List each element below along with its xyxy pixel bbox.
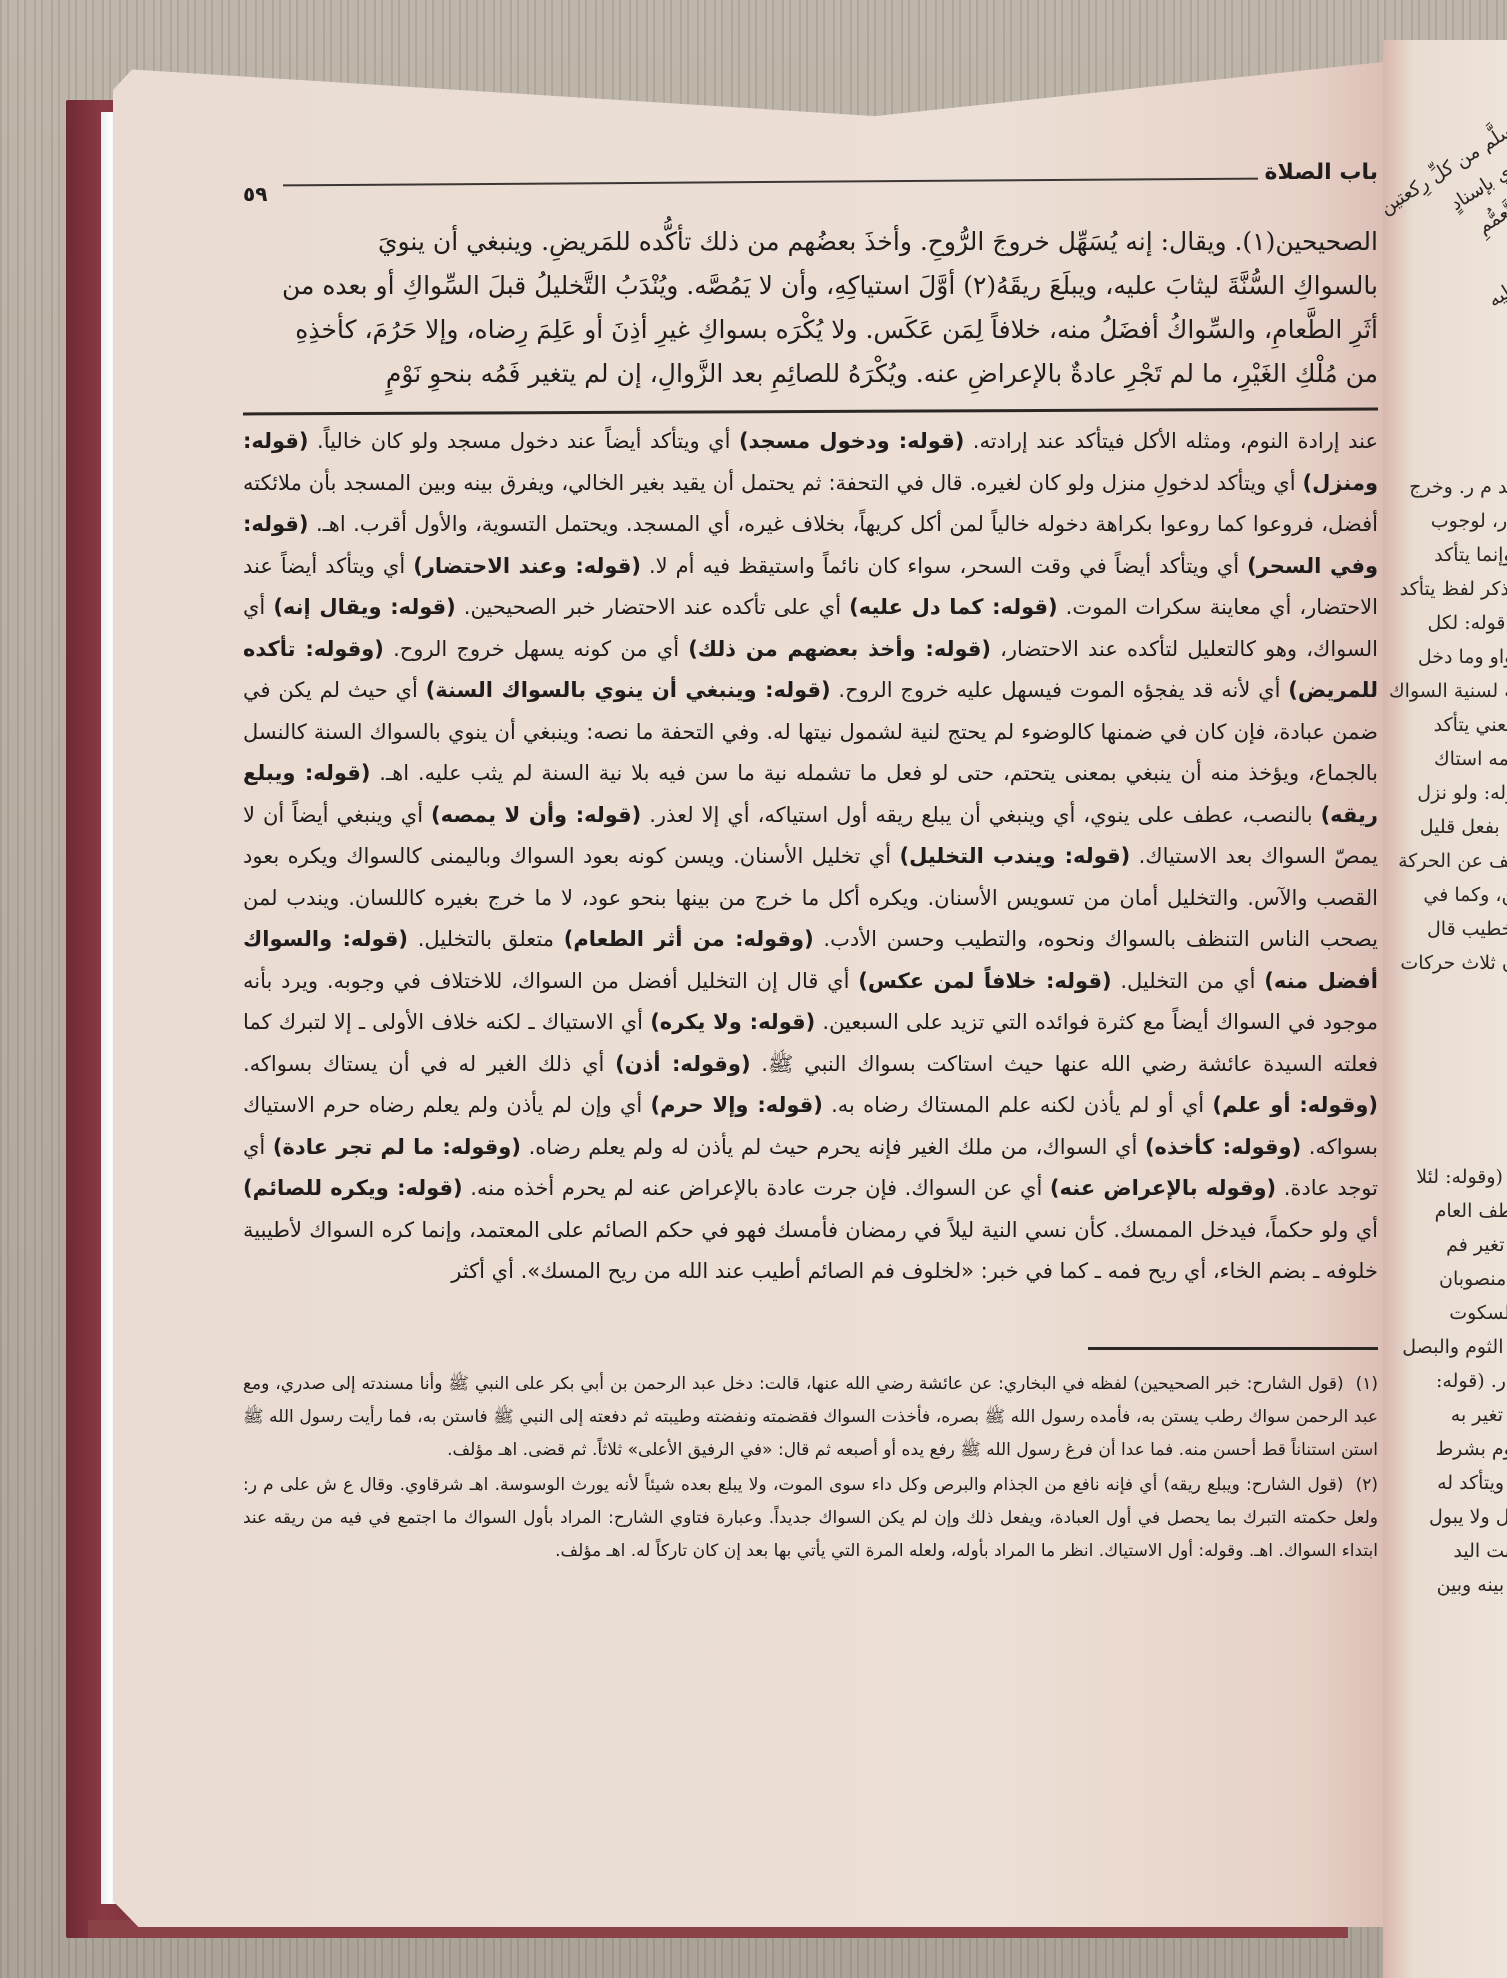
- facing-page-mid-fragments: عند م ر. وخرجم ر، لوجوب: وإنما يتأكده ذك…: [1397, 470, 1507, 980]
- footnote-number: (٢): [1356, 1475, 1378, 1495]
- commentary-text: أي على تأكده عند الاحتضار خبر الصحيحين.: [456, 595, 849, 619]
- commentary-text: أي من التخليل.: [1112, 969, 1265, 993]
- facing-page-fragment: به الثوم والبصل: [1397, 1330, 1507, 1364]
- commentary-lemma: (قوله: ودخول مسجد): [739, 429, 964, 453]
- footnote-number: (١): [1356, 1374, 1378, 1394]
- commentary-lemma: (قوله: ولا يكره): [650, 1010, 815, 1034]
- facing-page-fragment: لفمه استاك: [1397, 742, 1507, 776]
- commentary-text: أي ذلك الغير له في أن يستاك بسواكه.: [243, 1052, 615, 1076]
- commentary-lemma: (وقوله: كأخذه): [1145, 1135, 1301, 1159]
- facing-page-fragment: لنوم بشرط: [1397, 1432, 1507, 1466]
- facing-page-fragment: : وإنما يتأكد: [1397, 538, 1507, 572]
- commentary-text: أي ويتأكد أيضاً في وقت السحر، سواء كان ن…: [641, 554, 1247, 578]
- commentary-text: أي ويتأكد لدخولِ منزل ولو كان لغيره. قال…: [243, 471, 1378, 537]
- facing-page-fragment: اية لسنية السواك: [1397, 674, 1507, 708]
- commentary-lemma: (قوله: ويقال إنه): [273, 595, 455, 619]
- facing-page-fragment: الواو وما دخل: [1397, 640, 1507, 674]
- commentary-text: أي عن السواك. فإن جرت عادة بالإعراض عنه …: [463, 1176, 1050, 1200]
- commentary-lemma: (قوله: وأخذ بعضهم من ذلك): [688, 637, 991, 661]
- facing-page-fragment: أو تغير فم: [1397, 1228, 1507, 1262]
- facing-page-fragment: قدر. (قوله:: [1397, 1364, 1507, 1398]
- footnote-text: (قول الشارح: ويبلع ريقه) أي فإنه نافع من…: [243, 1475, 1378, 1561]
- page-content: باب الصلاة ٥٩ الصحيحين(١). ويقال: إنه يُ…: [243, 160, 1378, 1570]
- footnote-text: (قول الشارح: خبر الصحيحين) لفظه في البخا…: [243, 1374, 1378, 1460]
- main-text-line: بالسواكِ السُّنَّةَ ليثابَ عليه، ويبلَعَ…: [243, 264, 1378, 308]
- commentary-text: أي لأنه قد يفجؤه الموت فيسهل عليه خروج ا…: [831, 678, 1289, 702]
- commentary-lemma: (قوله: وينبغي أن ينوي بالسواك السنة): [426, 678, 831, 702]
- facing-page-fragment: ة. (وقوله: لئلا: [1397, 1160, 1507, 1194]
- commentary-lemma: (قوله: ويكره للصائم): [243, 1176, 463, 1200]
- facing-page-fragment: كه بفعل قليل: [1397, 810, 1507, 844]
- facing-page-low-fragments: ة. (وقوله: لئلاعطف العامأو تغير فماً) من…: [1397, 1160, 1507, 1602]
- facing-page-fragment: عند م ر. وخرج: [1397, 470, 1507, 504]
- facing-page-fragment: ه ذكر لفظ يتأكد: [1397, 572, 1507, 606]
- commentary-text: أي من كونه يسهل خروج الروح.: [384, 637, 688, 661]
- footnote-1: (١) (قول الشارح: خبر الصحيحين) لفظه في ا…: [243, 1368, 1378, 1467]
- footnote-rule: [1088, 1347, 1378, 1350]
- commentary-lemma: (قوله: خلافاً لمن عكس): [858, 969, 1111, 993]
- main-text: الصحيحين(١). ويقال: إنه يُسَهِّل خروجَ ا…: [243, 220, 1378, 396]
- commentary-text: أي ولو حكماً، فيدخل الممسك. كأن نسي الني…: [243, 1218, 1378, 1284]
- commentary-paragraph: عند إرادة النوم، ومثله الأكل فيتأكد عند …: [243, 421, 1378, 1293]
- commentary-lemma: (وقوله: أو علم): [1212, 1093, 1378, 1117]
- facing-page-fragment: بقل ولا يبول: [1397, 1500, 1507, 1534]
- commentary-lemma: (وقوله: أذن): [615, 1052, 750, 1076]
- header-rule: [283, 178, 1258, 187]
- page-number: ٥٩: [243, 182, 267, 206]
- chapter-title: باب الصلاة: [1265, 160, 1378, 185]
- footnote-2: (٢) (قول الشارح: ويبلع ريقه) أي فإنه ناف…: [243, 1469, 1378, 1568]
- facing-page-fragment: ق بينه وبين: [1397, 1568, 1507, 1602]
- facing-page-fragment: كن، وكما في: [1397, 878, 1507, 912]
- facing-page-fragment: . (قوله: لكل: [1397, 606, 1507, 640]
- facing-page-fragment: كالسكوت: [1397, 1296, 1507, 1330]
- commentary-text: أي ويتأكد أيضاً عند دخول مسجد ولو كان خا…: [309, 429, 739, 453]
- commentary-text: أي أو لم يأذن لكنه علم المستاك رضاه به.: [823, 1093, 1213, 1117]
- facing-page: إن سلَّم من كلِّ رِكعتينالتَّحمُّدي بإسن…: [1383, 40, 1507, 1978]
- commentary-text: متعلق بالتخليل.: [408, 927, 564, 951]
- main-text-line: الصحيحين(١). ويقال: إنه يُسَهِّل خروجَ ا…: [243, 220, 1378, 264]
- commentary-text: بالنصب، عطف على ينوي، أي وينبغي أن يبلع …: [641, 803, 1320, 827]
- text-commentary-divider: [243, 408, 1378, 416]
- commentary-lemma: (قوله: ويندب التخليل): [900, 844, 1131, 868]
- facing-page-fragment: كانت اليد: [1397, 1534, 1507, 1568]
- facing-page-fragment: الخطيب قال: [1397, 912, 1507, 946]
- commentary-lemma: (قوله: وعند الاحتضار): [413, 554, 641, 578]
- commentary-lemma: (وقوله: من أثر الطعام): [564, 927, 814, 951]
- main-text-line: أثَرِ الطَّعامِ، والسِّواكُ أفضَلُ منه، …: [243, 308, 1378, 352]
- facing-page-fragment: م ر، لوجوب: [1397, 504, 1507, 538]
- facing-page-fragment: قوله: ولو نزل: [1397, 776, 1507, 810]
- facing-page-fragment: عطف العام: [1397, 1194, 1507, 1228]
- commentary-lemma: (وقوله: ما لم تجر عادة): [273, 1135, 521, 1159]
- commentary: عند إرادة النوم، ومثله الأكل فيتأكد عند …: [243, 421, 1378, 1293]
- commentary-lemma: (قوله: وأن لا يمصه): [431, 803, 641, 827]
- commentary-lemma: (قوله: كما دل عليه): [849, 595, 1058, 619]
- running-header: باب الصلاة ٥٩: [243, 160, 1378, 208]
- commentary-text: أي السواك، من ملك الغير فإنه يحرم حيث لم…: [521, 1135, 1145, 1159]
- main-text-line: من مُلْكِ الغَيْرِ، ما لم تَجْرِ عادةٌ ب…: [243, 352, 1378, 396]
- facing-page-fragment: ) يعني يتأكد: [1397, 708, 1507, 742]
- facing-page-top-fragments: إن سلَّم من كلِّ رِكعتينالتَّحمُّدي بإسن…: [1416, 100, 1507, 312]
- commentary-lemma: (قوله: وإلا حرم): [650, 1093, 822, 1117]
- commentary-text: عند إرادة النوم، ومثله الأكل فيتأكد عند …: [964, 429, 1378, 453]
- facing-page-fragment: لكف عن الحركة: [1397, 844, 1507, 878]
- facing-page-fragment: اً) منصوبان: [1397, 1262, 1507, 1296]
- facing-page-fragment: له تغير به: [1397, 1398, 1507, 1432]
- facing-page-fragment: ون ثلاث حركات: [1397, 946, 1507, 980]
- footnotes: (١) (قول الشارح: خبر الصحيحين) لفظه في ا…: [243, 1368, 1378, 1568]
- facing-page-fragment: ي ويتأكد له: [1397, 1466, 1507, 1500]
- commentary-lemma: (وقوله بالإعراض عنه): [1050, 1176, 1276, 1200]
